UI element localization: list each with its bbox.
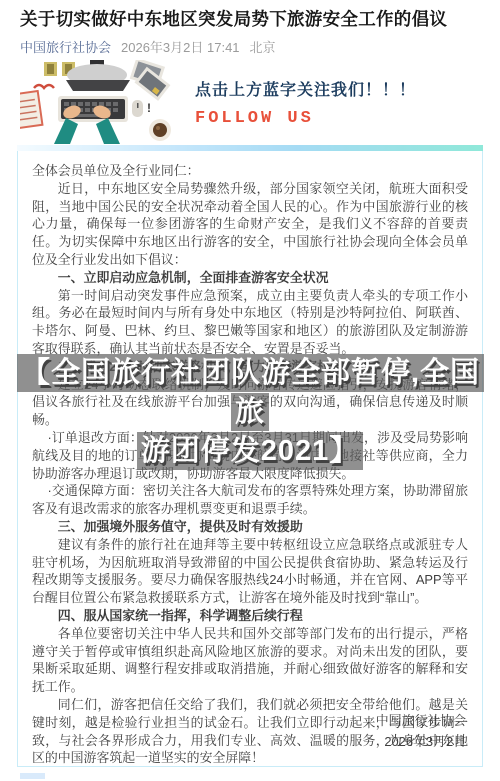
- svg-text:!: !: [147, 101, 151, 115]
- article-body: 全体会员单位及全行业同仁：近日，中东地区安全局势骤然升级，部分国家领空关闭，航班…: [18, 151, 482, 765]
- article-paragraph: 全体会员单位及全行业同仁：: [32, 162, 468, 180]
- banner-follow-text: FOLLOW US: [195, 109, 416, 128]
- article-paragraph: 各单位要密切关注中华人民共和国外交部等部门发布的出行提示，严格遵守关于暂停或审慎…: [32, 625, 468, 696]
- signature: 中国旅行社协会 2026年3月2日: [32, 710, 468, 752]
- follow-banner[interactable]: ! 点击上方蓝字关注我们！！！ FOLLOW US: [17, 60, 483, 144]
- article-paragraph: ·交通保障方面：密切关注各大航司发布的客票特殊处理方案，协助滞留旅客及有退改需求…: [32, 482, 468, 518]
- article-content-box: 全体会员单位及全行业同仁：近日，中东地区安全局势骤然升级，部分国家领空关闭，航班…: [17, 145, 483, 767]
- desk-illustration-icon: !: [20, 60, 180, 144]
- article-paragraph: 三、加强境外服务值守，提供及时有效援助: [32, 518, 468, 536]
- signature-date: 2026年3月2日: [32, 731, 466, 752]
- next-element-stub: [20, 773, 45, 779]
- article-paragraph: 近日，中东地区安全局势骤然升级，部分国家领空关闭，航班大面积受阻，当地中国公民的…: [32, 180, 468, 269]
- page-title: 关于切实做好中东地区突发局势下旅游安全工作的倡议: [20, 7, 482, 31]
- banner-text: 点击上方蓝字关注我们！！！ FOLLOW US: [195, 77, 416, 128]
- article-paragraph: 一、立即启动应急机制，全面排查游客安全状况: [32, 269, 468, 287]
- banner-cta-text: 点击上方蓝字关注我们！！！: [195, 77, 416, 100]
- article-paragraph: 建议有条件的旅行社在迪拜等主要中转枢纽设立应急联络点或派驻专人驻守机场，为因航班…: [32, 536, 468, 607]
- article-page: 关于切实做好中东地区突发局势下旅游安全工作的倡议 中国旅行社协会2026年3月2…: [0, 0, 500, 781]
- byline: 中国旅行社协会2026年3月2日 17:41北京: [20, 37, 482, 56]
- author-link[interactable]: 中国旅行社协会: [20, 40, 111, 55]
- publish-location: 北京: [250, 40, 276, 55]
- article-paragraph: ·订单退改方面：针对2026年3月2日至3月31日期间出发，涉及受局势影响航线及…: [32, 429, 468, 482]
- publish-datetime: 2026年3月2日 17:41: [121, 40, 240, 55]
- article-paragraph: 二、建立24小时动态联络机制，全力保障游客权益: [32, 358, 468, 376]
- article-paragraph: 建立24小时动态联络机制，及时向游客传达避险指引，安抚游客情绪，倡议各旅行社及在…: [32, 376, 468, 429]
- signature-org: 中国旅行社协会: [32, 710, 466, 731]
- article-paragraph: 第一时间启动突发事件应急预案，成立由主要负责人牵头的专项工作小组。务必在最短时间…: [32, 287, 468, 358]
- signature-block: 中国旅行社协会 2026年3月2日: [18, 694, 482, 752]
- article-paragraph: 四、服从国家统一指挥，科学调整后续行程: [32, 607, 468, 625]
